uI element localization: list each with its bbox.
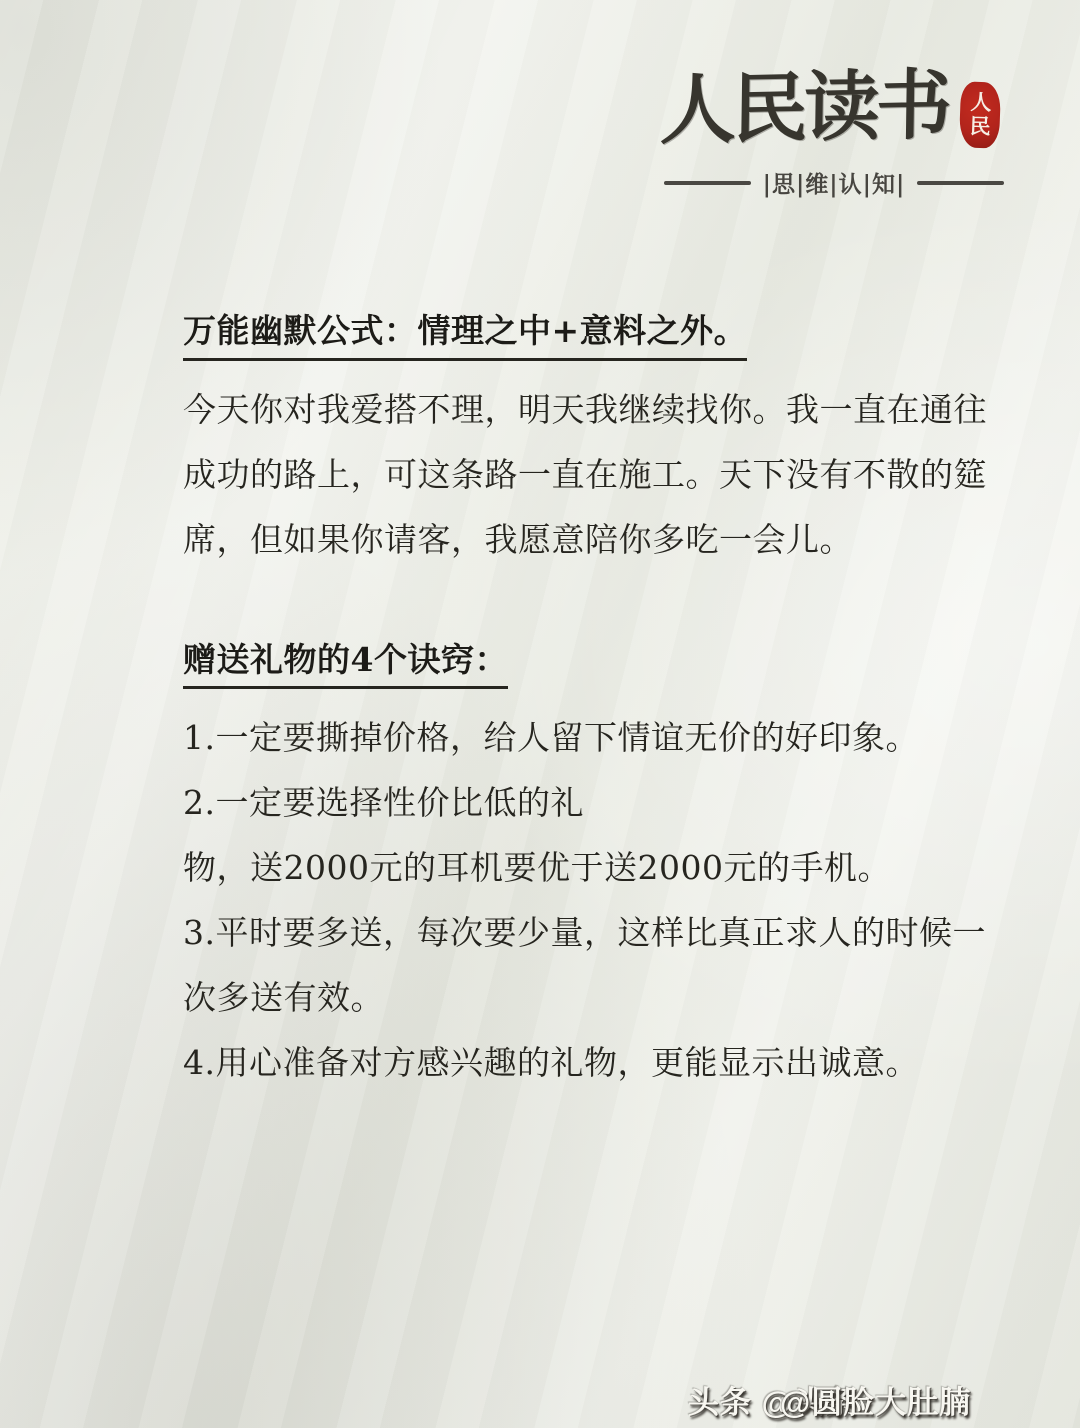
text-line: 2.一定要选择性价比低的礼 bbox=[183, 770, 915, 835]
brand-tagline: |思|维|认|知| bbox=[763, 166, 906, 199]
brand-logo-text: 人民读书 bbox=[659, 63, 948, 153]
text-line: 次多送有效。 bbox=[183, 965, 915, 1030]
article-body: 万能幽默公式：情理之中+意料之外。 今天你对我爱搭不理，明天我继续找你。我一直在… bbox=[183, 298, 915, 1095]
brand-tagline-row: |思|维|认|知| bbox=[664, 166, 1004, 199]
brand-seal-text: 人民 bbox=[969, 91, 992, 140]
section-1-paragraph: 今天你对我爱搭不理，明天我继续找你。我一直在通往成功的路上，可这条路一直在施工。… bbox=[183, 377, 915, 572]
section-2-heading: 赠送礼物的4个诀窍： bbox=[183, 638, 508, 690]
watermark-toutiao-handle-2: @圆脸大肚腩 bbox=[780, 1377, 971, 1422]
text-line: 4.用心准备对方感兴趣的礼物，更能显示出诚意。 bbox=[183, 1030, 915, 1095]
watermark-toutiao-handle-1: 头条 @头条 bbox=[688, 1377, 857, 1422]
text-line: 3.平时要多送，每次要少量，这样比真正求人的时候一 bbox=[183, 900, 915, 965]
text-line: 物，送2000元的耳机要优于送2000元的手机。 bbox=[183, 835, 915, 900]
text-line: 今天你对我爱搭不理，明天我继续找你。我一直在通往 bbox=[183, 377, 915, 442]
tagline-right-dash bbox=[917, 181, 1004, 185]
brand-seal-stamp-icon: 人民 bbox=[959, 81, 1001, 148]
text-line: 1.一定要撕掉价格，给人留下情谊无价的好印象。 bbox=[183, 705, 915, 770]
poster-page: { "page": { "background": "#e9ebe2" }, "… bbox=[0, 0, 1080, 1428]
tagline-left-dash bbox=[664, 181, 751, 185]
text-line: 席，但如果你请客，我愿意陪你多吃一会儿。 bbox=[183, 507, 915, 572]
brand-block: 人民读书 人民 |思|维|认|知| bbox=[660, 66, 1020, 150]
section-2-list: 1.一定要撕掉价格，给人留下情谊无价的好印象。2.一定要选择性价比低的礼物，送2… bbox=[183, 705, 915, 1095]
section-1-heading: 万能幽默公式：情理之中+意料之外。 bbox=[183, 309, 747, 361]
brand-row: 人民读书 人民 bbox=[660, 66, 1020, 150]
text-line: 成功的路上，可这条路一直在施工。天下没有不散的筵 bbox=[183, 442, 915, 507]
